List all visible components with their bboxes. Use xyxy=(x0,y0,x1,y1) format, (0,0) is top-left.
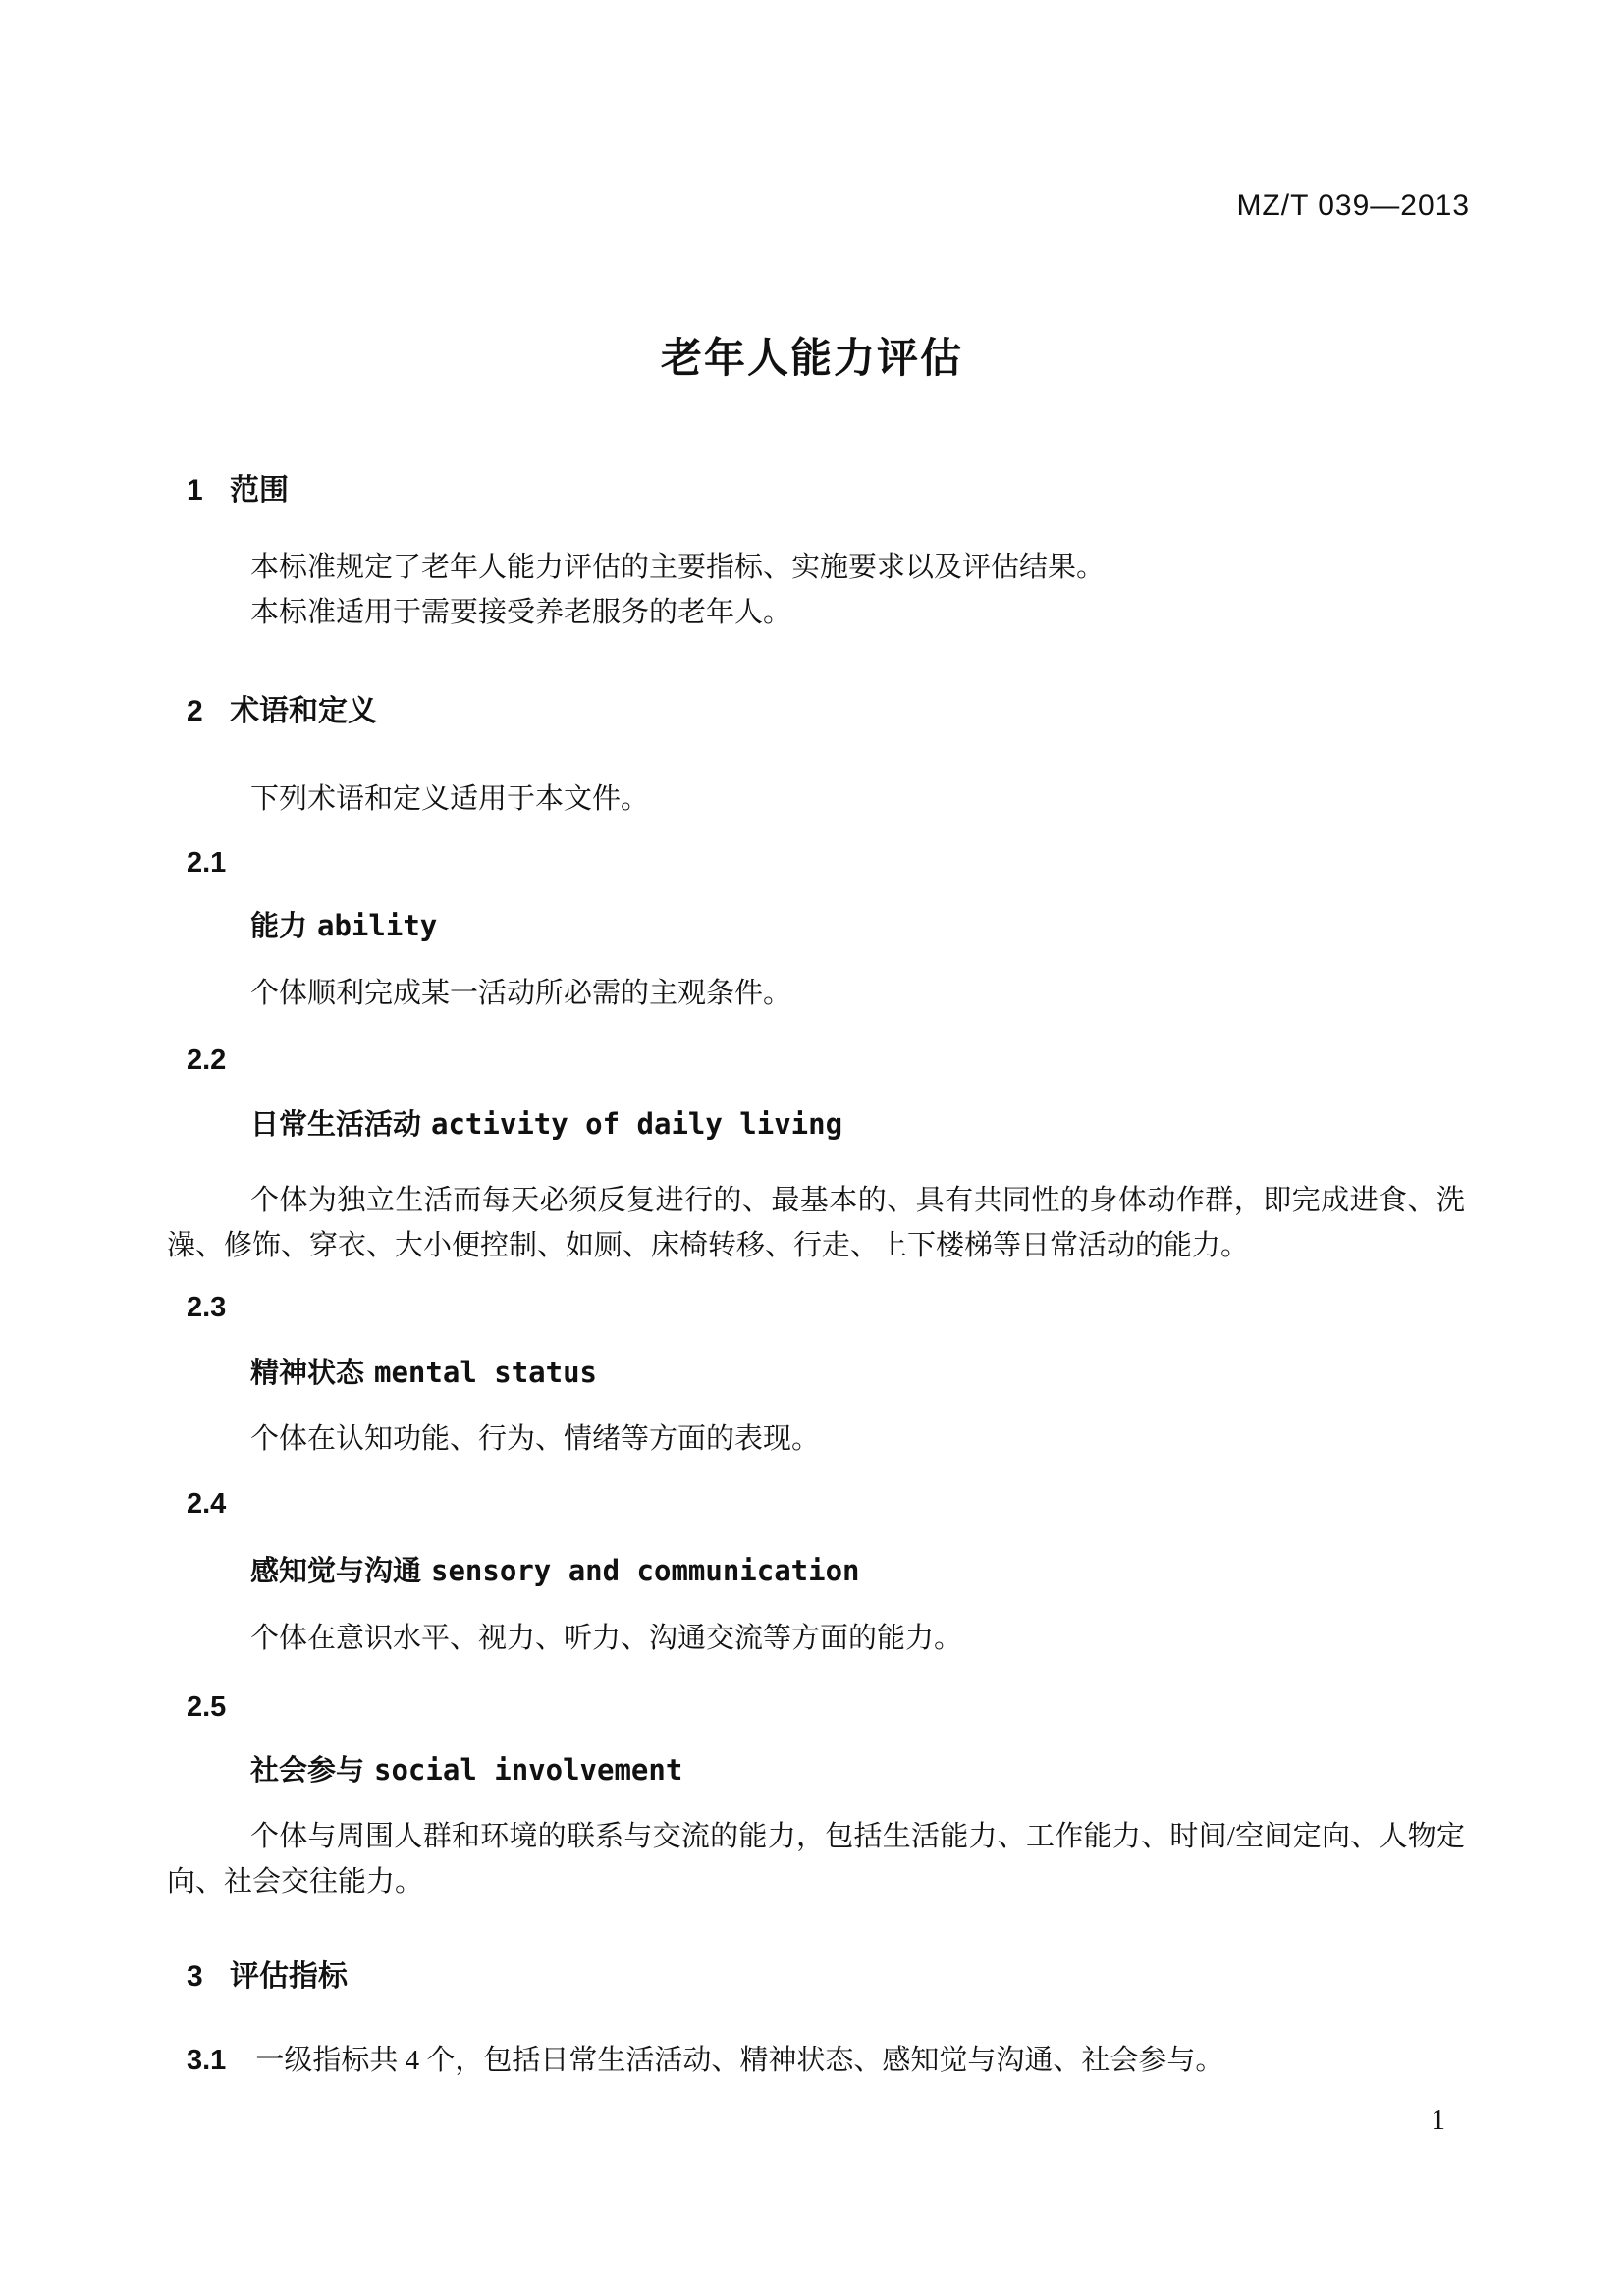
term-2-5-number: 2.5 xyxy=(187,1691,226,1724)
term-2-3-title-en: mental status xyxy=(374,1356,597,1389)
section-1-paragraph-1: 本标准规定了老年人能力评估的主要指标、实施要求以及评估结果。 xyxy=(250,545,1105,590)
section-3-title: 评估指标 xyxy=(230,1960,348,1993)
section-2-title: 术语和定义 xyxy=(230,695,377,727)
term-2-5-title-zh: 社会参与 xyxy=(250,1755,364,1787)
term-2-4-number: 2.4 xyxy=(187,1488,226,1521)
section-2-heading: 2术语和定义 xyxy=(187,686,377,729)
section-3-number: 3 xyxy=(187,1960,230,1994)
clause-3-1: 3.1一级指标共 4 个，包括日常生活活动、精神状态、感知觉与沟通、社会参与。 xyxy=(187,2038,1223,2083)
term-2-3-definition: 个体在认知功能、行为、情绪等方面的表现。 xyxy=(250,1416,820,1462)
page-number: 1 xyxy=(1432,2105,1446,2137)
term-2-4-title-zh: 感知觉与沟通 xyxy=(250,1556,421,1587)
section-2-intro: 下列术语和定义适用于本文件。 xyxy=(250,776,649,822)
term-2-3-title: 精神状态mental status xyxy=(250,1351,597,1391)
section-2-number: 2 xyxy=(187,695,230,728)
term-2-4-title: 感知觉与沟通sensory and communication xyxy=(250,1549,860,1589)
term-2-3-number: 2.3 xyxy=(187,1292,226,1324)
section-1-paragraph-2: 本标准适用于需要接受养老服务的老年人。 xyxy=(250,590,791,635)
term-2-2-title-zh: 日常生活活动 xyxy=(250,1109,421,1141)
section-1-title: 范围 xyxy=(230,474,289,507)
term-2-4-title-en: sensory and communication xyxy=(431,1554,860,1587)
document-title: 老年人能力评估 xyxy=(0,326,1624,385)
term-2-5-title-en: social involvement xyxy=(374,1753,682,1787)
document-page: MZ/T 039—2013 老年人能力评估 1范围 本标准规定了老年人能力评估的… xyxy=(0,0,1624,2296)
section-1-number: 1 xyxy=(187,474,230,507)
term-2-1-title: 能力ability xyxy=(250,904,437,944)
term-2-1-title-en: ability xyxy=(317,909,437,942)
term-2-5-title: 社会参与social involvement xyxy=(250,1748,682,1789)
term-2-3-title-zh: 精神状态 xyxy=(250,1358,364,1389)
term-2-1-number: 2.1 xyxy=(187,847,226,880)
term-2-2-definition: 个体为独立生活而每天必须反复进行的、最基本的、具有共同性的身体动作群，即完成进食… xyxy=(167,1178,1465,1268)
term-2-2-number: 2.2 xyxy=(187,1044,226,1077)
section-1-heading: 1范围 xyxy=(187,465,289,508)
clause-3-1-text: 一级指标共 4 个，包括日常生活活动、精神状态、感知觉与沟通、社会参与。 xyxy=(255,2045,1223,2076)
standard-code: MZ/T 039—2013 xyxy=(1236,189,1470,223)
term-2-2-title-en: activity of daily living xyxy=(431,1107,842,1141)
section-3-heading: 3评估指标 xyxy=(187,1951,348,1995)
clause-3-1-number: 3.1 xyxy=(187,2045,226,2076)
term-2-2-title: 日常生活活动activity of daily living xyxy=(250,1102,842,1143)
term-2-5-definition: 个体与周围人群和环境的联系与交流的能力，包括生活能力、工作能力、时间/空间定向、… xyxy=(167,1814,1465,1904)
term-2-1-title-zh: 能力 xyxy=(250,911,307,942)
term-2-1-definition: 个体顺利完成某一活动所必需的主观条件。 xyxy=(250,971,791,1016)
term-2-4-definition: 个体在意识水平、视力、听力、沟通交流等方面的能力。 xyxy=(250,1616,962,1661)
